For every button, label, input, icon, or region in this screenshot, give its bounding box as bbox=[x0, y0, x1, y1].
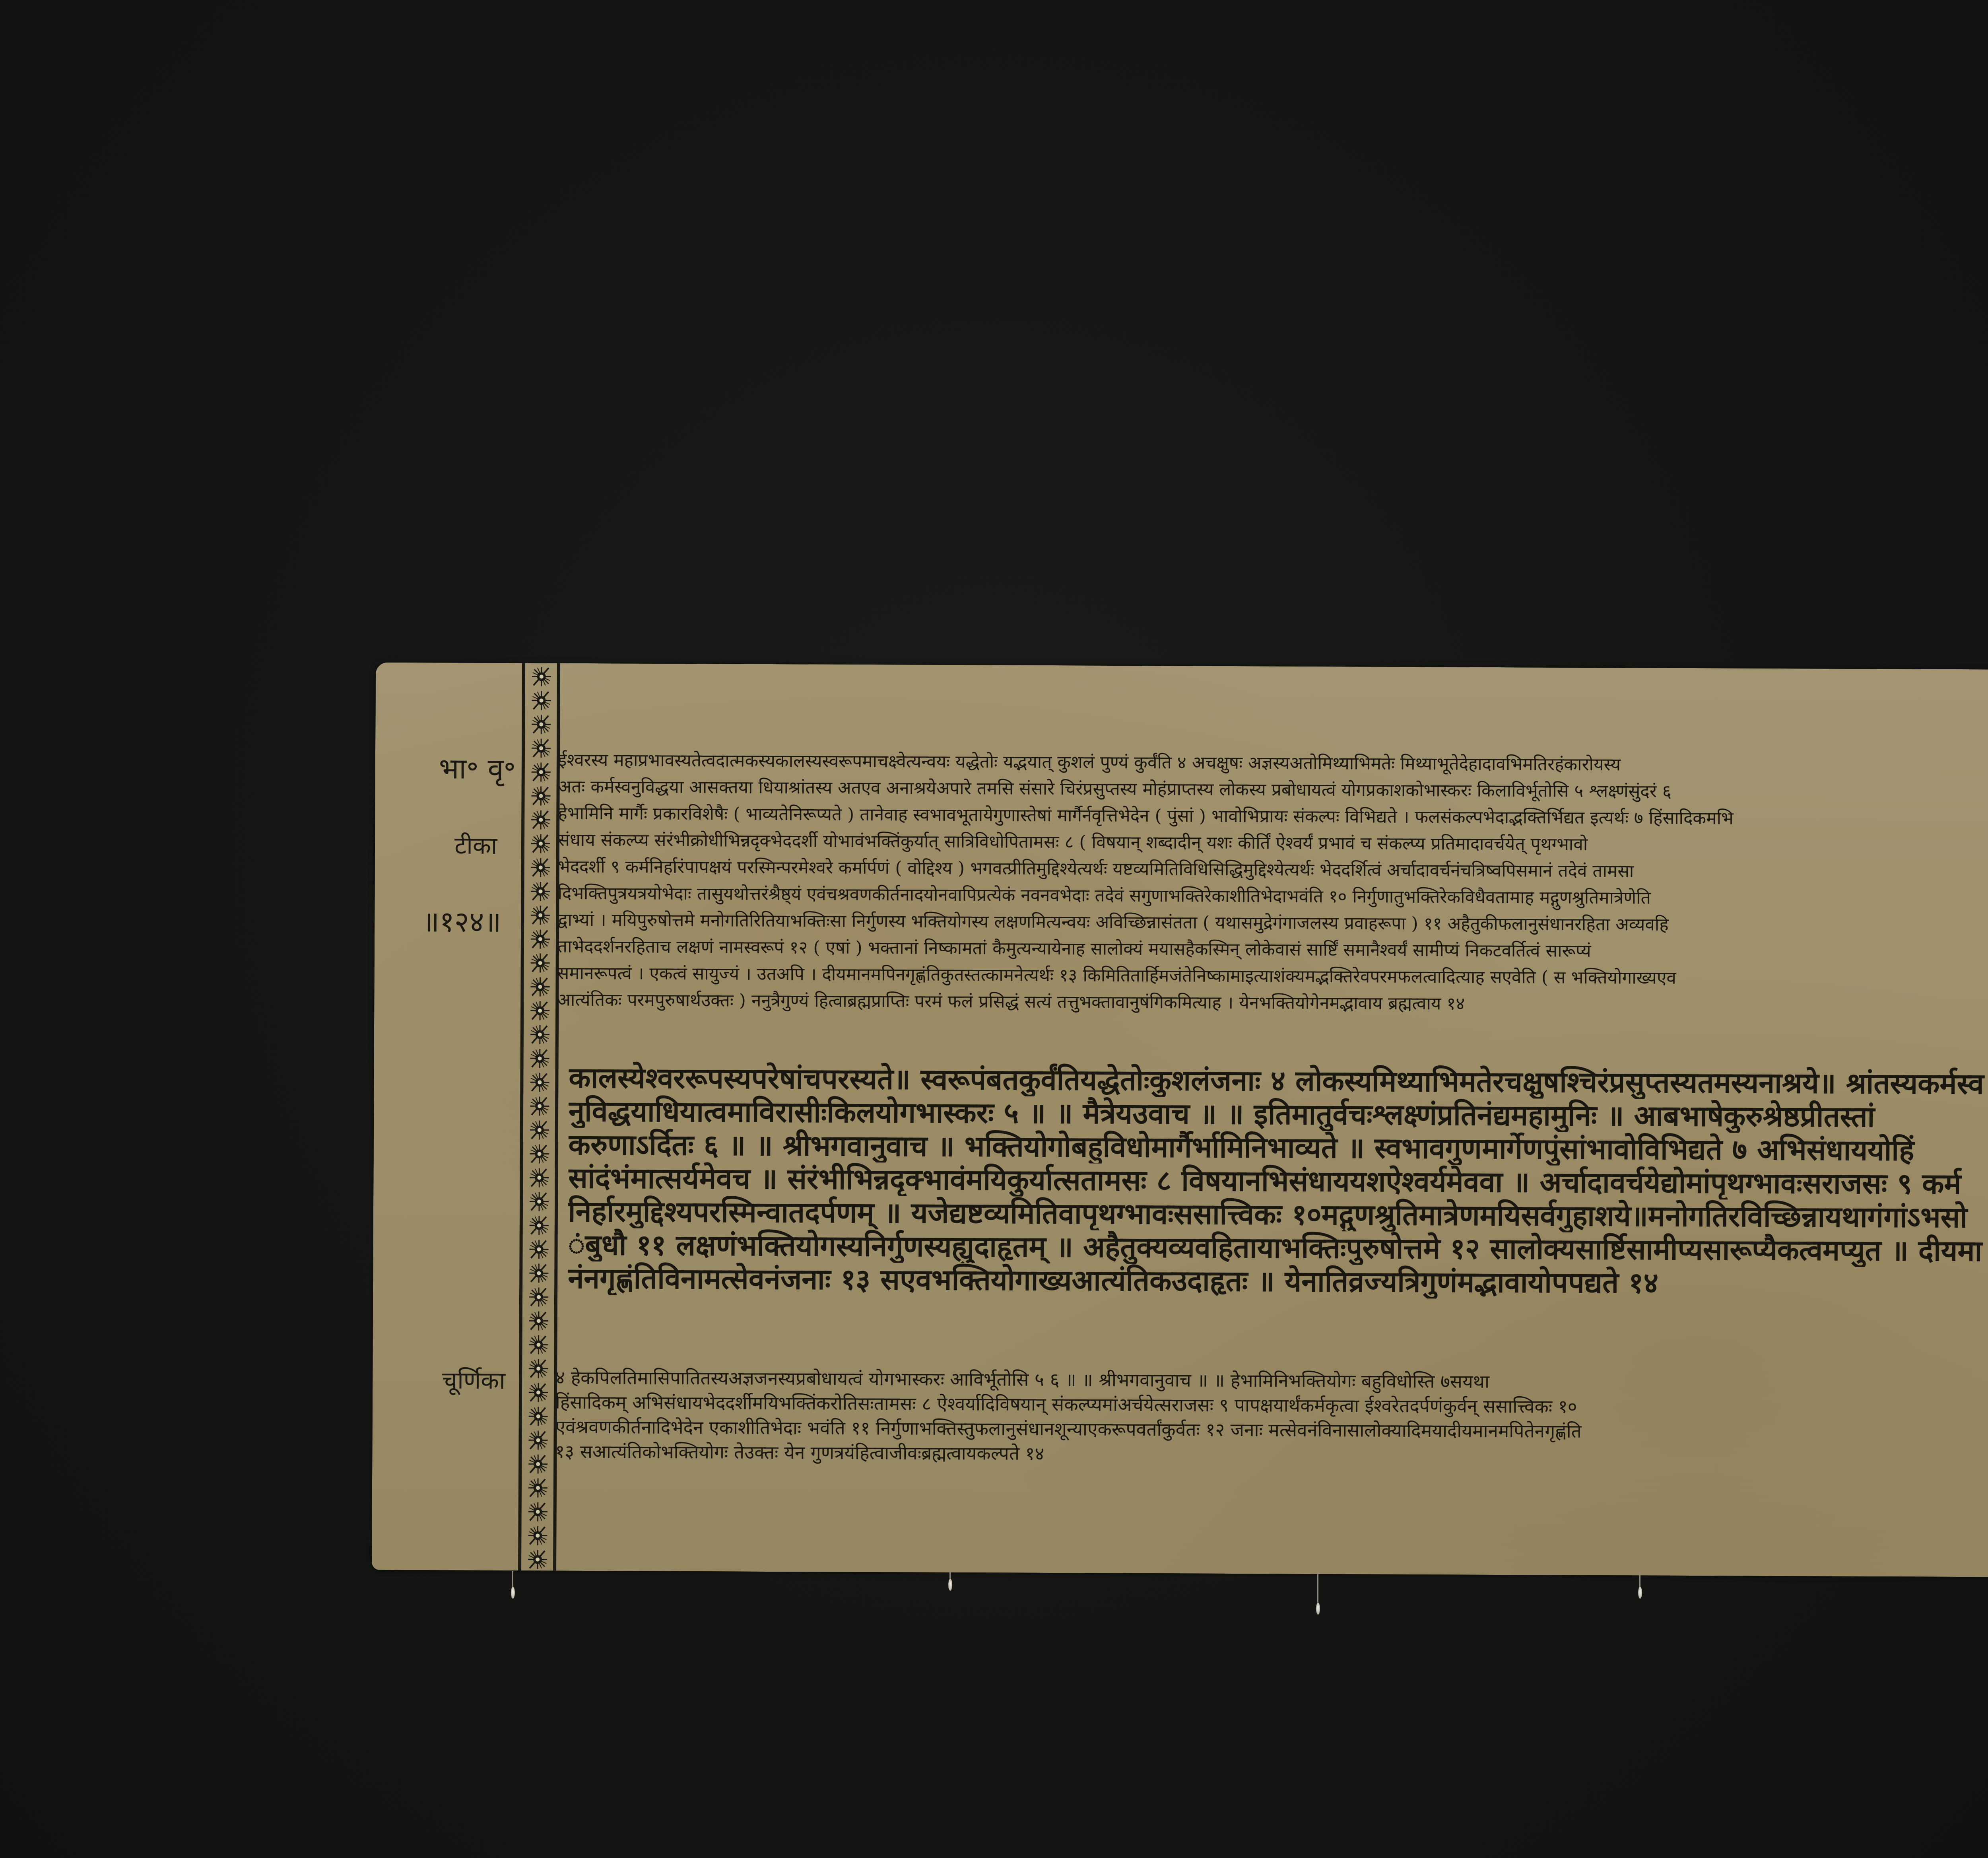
pin-head-icon bbox=[948, 1579, 952, 1591]
left-ornamental-border bbox=[524, 665, 555, 1569]
starburst-ornament-icon bbox=[530, 856, 552, 878]
starburst-ornament-icon bbox=[530, 809, 552, 831]
verse-line: निर्हारमुद्दिश्यपरस्मिन्वातदर्पणम् ॥ यजे… bbox=[568, 1195, 1988, 1234]
starburst-ornament-icon bbox=[529, 880, 551, 902]
verse-line: नुविद्धयाधियात्वमाविरासीःकिलयोगभास्करः ५… bbox=[569, 1094, 1988, 1134]
verse-line: कालस्येश्वररूपस्यपरेषांचपरस्यते॥ स्वरूपं… bbox=[569, 1061, 1988, 1101]
starburst-ornament-icon bbox=[530, 665, 553, 688]
starburst-ornament-icon bbox=[527, 1357, 549, 1380]
starburst-ornament-icon bbox=[529, 1023, 551, 1046]
pin-head-icon bbox=[1316, 1603, 1320, 1615]
left-margin-title: भा॰ वृ॰ bbox=[439, 754, 516, 783]
verse-line: करुणाऽर्दितः ६ ॥ ॥ श्रीभगवानुवाच ॥ भक्ति… bbox=[569, 1128, 1988, 1168]
starburst-ornament-icon bbox=[527, 1500, 549, 1523]
starburst-ornament-icon bbox=[530, 832, 552, 855]
starburst-ornament-icon bbox=[528, 1238, 550, 1260]
starburst-ornament-icon bbox=[527, 1453, 549, 1475]
starburst-ornament-icon bbox=[527, 1381, 549, 1403]
starburst-ornament-icon bbox=[528, 1190, 550, 1213]
manuscript-folio: भा॰ वृ॰ टीका ॥१२४॥ चूर्णिका अ॰ ॥२९॥ श्लो… bbox=[372, 663, 1988, 1578]
verse-block: कालस्येश्वररूपस्यपरेषांचपरस्यते॥ स्वरूपं… bbox=[568, 1061, 1988, 1301]
commentary-line: आत्यंतिकः परमपुरुषार्थउक्तः ) ननुत्रैगुण… bbox=[557, 987, 1988, 1020]
pin-head-icon bbox=[511, 1587, 515, 1599]
starburst-ornament-icon bbox=[529, 1047, 551, 1069]
starburst-ornament-icon bbox=[528, 1214, 550, 1236]
starburst-ornament-icon bbox=[528, 1143, 550, 1165]
starburst-ornament-icon bbox=[528, 1286, 550, 1308]
starburst-ornament-icon bbox=[528, 1095, 551, 1117]
starburst-ornament-icon bbox=[529, 999, 551, 1022]
starburst-ornament-icon bbox=[528, 1071, 551, 1093]
pin-shaft bbox=[512, 1571, 513, 1587]
commentary-block: ईश्वरस्य महाप्रभावस्यतेत्वदात्मकस्यकालस्… bbox=[557, 747, 1988, 1020]
starburst-ornament-icon bbox=[528, 1166, 550, 1189]
pin-shaft bbox=[949, 1571, 951, 1579]
starburst-ornament-icon bbox=[530, 689, 552, 711]
starburst-ornament-icon bbox=[529, 928, 551, 950]
starburst-ornament-icon bbox=[530, 713, 552, 735]
starburst-ornament-icon bbox=[527, 1429, 549, 1451]
starburst-ornament-icon bbox=[528, 1310, 550, 1332]
verse-line: ंबुधौ ११ लक्षणंभक्तियोगस्यनिर्गुणस्यह्यु… bbox=[568, 1228, 1988, 1268]
starburst-ornament-icon bbox=[527, 1477, 549, 1499]
left-margin-commentary-label: टीका bbox=[454, 834, 497, 857]
starburst-ornament-icon bbox=[528, 1262, 550, 1284]
starburst-ornament-icon bbox=[528, 1119, 551, 1141]
starburst-ornament-icon bbox=[530, 785, 552, 807]
left-margin-footnote-label: चूर्णिका bbox=[442, 1368, 505, 1393]
starburst-ornament-icon bbox=[530, 761, 552, 783]
pin-shaft bbox=[1317, 1571, 1318, 1603]
pin-head-icon bbox=[1638, 1587, 1642, 1599]
starburst-ornament-icon bbox=[526, 1524, 549, 1547]
footnote-block: ४ हेकपिलतिमासिपातितस्यअज्ञजनस्यप्रबोधायत… bbox=[555, 1365, 1988, 1470]
pin-shaft bbox=[1639, 1571, 1640, 1587]
starburst-ornament-icon bbox=[529, 952, 551, 974]
starburst-ornament-icon bbox=[527, 1405, 549, 1427]
starburst-ornament-icon bbox=[526, 1548, 549, 1569]
starburst-ornament-icon bbox=[530, 737, 552, 759]
starburst-ornament-icon bbox=[527, 1333, 549, 1356]
left-margin-folio-number: ॥१२४॥ bbox=[422, 907, 501, 936]
starburst-ornament-icon bbox=[529, 904, 551, 926]
verse-line: सांदंभंमात्सर्यमेवच ॥ संरंभीभिन्नदृक्भाव… bbox=[568, 1161, 1988, 1201]
starburst-ornament-icon bbox=[529, 976, 551, 998]
verse-line: नंनगृह्णंतिविनामत्सेवनंजनाः १३ सएवभक्तिय… bbox=[568, 1261, 1988, 1301]
